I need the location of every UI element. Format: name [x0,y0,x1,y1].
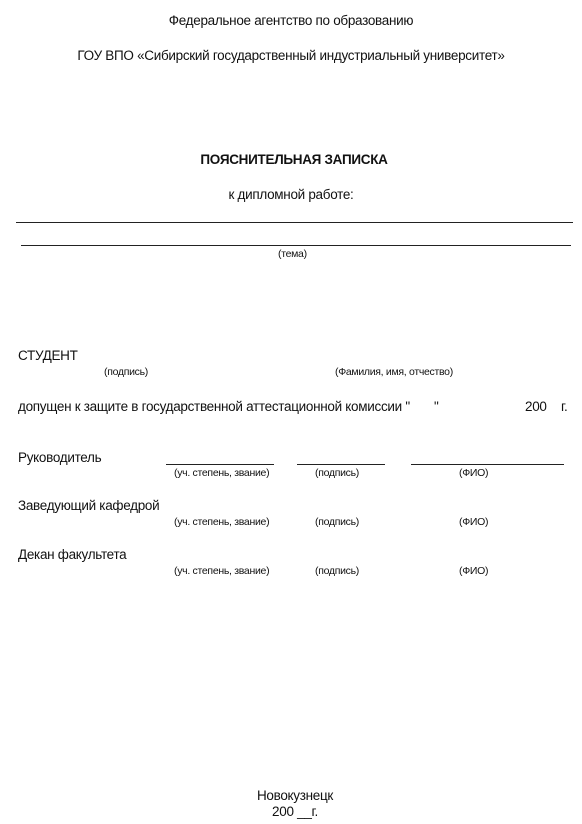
agency-name: Федеральное агентство по образованию [0,13,582,28]
university-name: ГОУ ВПО «Сибирский государственный индус… [0,48,582,63]
topic-line-1[interactable] [16,222,573,223]
student-label: СТУДЕНТ [18,348,78,363]
dean-degree-caption: (уч. степень, звание) [174,565,269,577]
dean-name-caption: (ФИО) [459,565,488,577]
head-degree-caption: (уч. степень, звание) [174,516,269,528]
supervisor-signature-caption: (подпись) [315,467,359,479]
signatory-role-supervisor: Руководитель [18,450,101,465]
document-title: ПОЯСНИТЕЛЬНАЯ ЗАПИСКА [3,152,582,167]
supervisor-degree-caption: (уч. степень, звание) [174,467,269,479]
student-name-caption: (Фамилия, имя, отчество) [335,366,453,378]
admission-year: 200 [525,399,547,414]
student-signature-caption: (подпись) [104,366,148,378]
supervisor-name-caption: (ФИО) [459,467,488,479]
topic-caption: (тема) [278,248,307,260]
signatory-role-dean: Декан факультета [18,547,126,562]
admission-text: допущен к защите в государственной аттес… [18,399,410,414]
head-name-caption: (ФИО) [459,516,488,528]
topic-line-2[interactable] [21,245,571,246]
admission-year-suffix: г. [561,399,567,414]
footer-city: Новокузнецк [4,788,582,803]
dean-signature-caption: (подпись) [315,565,359,577]
admission-quote-close: " [434,399,439,414]
head-signature-caption: (подпись) [315,516,359,528]
supervisor-name-line[interactable] [411,464,564,465]
signatory-role-head-of-department: Заведующий кафедрой [18,498,159,513]
supervisor-degree-line[interactable] [166,464,274,465]
footer-year: 200 __г. [4,804,582,819]
supervisor-signature-line[interactable] [297,464,385,465]
document-subtitle: к дипломной работе: [0,187,582,202]
